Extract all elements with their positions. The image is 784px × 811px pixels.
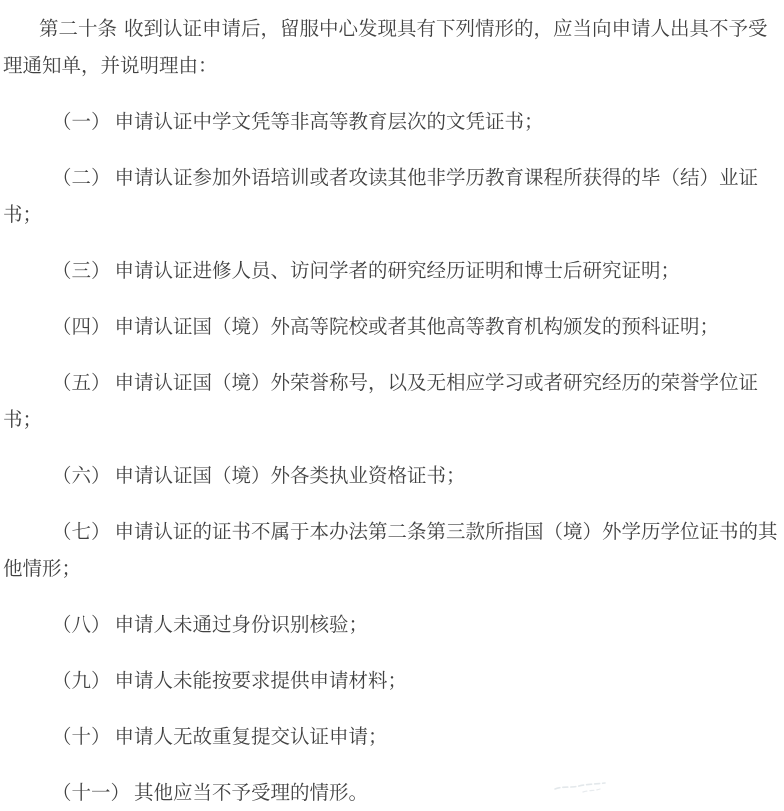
item-text: 申请认证国（境）外各类执业资格证书； [115,465,466,487]
article-number-label: 第二十条 [39,18,117,40]
item-marker: （五） [52,372,111,394]
article-paragraph: 第二十条收到认证申请后，留服中心发现具有下列情形的，应当向申请人出具不予受理通知… [3,11,778,85]
document-body: 第二十条收到认证申请后，留服中心发现具有下列情形的，应当向申请人出具不予受理通知… [0,0,784,811]
item-text: 申请认证中学文凭等非高等教育层次的文凭证书； [115,111,544,133]
item-marker: （一） [52,111,111,133]
list-item: （十）申请人无故重复提交认证申请； [3,719,778,756]
list-item: （十一）其他应当不予受理的情形。 [3,775,778,811]
list-item: （四）申请认证国（境）外高等院校或者其他高等教育机构颁发的预科证明； [3,309,778,346]
item-text: 申请认证国（境）外荣誉称号，以及无相应学习或者研究经历的荣誉学位证书； [3,372,758,431]
list-item: （三）申请认证进修人员、访问学者的研究经历证明和博士后研究证明； [3,253,778,290]
list-item: （八）申请人未通过身份识别核验； [3,607,778,644]
item-marker: （三） [52,260,111,282]
item-text: 申请认证国（境）外高等院校或者其他高等教育机构颁发的预科证明； [115,316,720,338]
item-text: 申请认证参加外语培训或者攻读其他非学历教育课程所获得的毕（结）业证书； [3,167,758,226]
item-text: 申请人无故重复提交认证申请； [115,726,388,748]
item-text: 申请人未通过身份识别核验； [115,614,369,636]
item-marker: （十） [52,726,111,748]
item-marker: （九） [52,670,111,692]
item-marker: （二） [52,167,111,189]
item-marker: （十一） [52,782,130,804]
item-marker: （八） [52,614,111,636]
item-text: 申请认证的证书不属于本办法第二条第三款所指国（境）外学历学位证书的其他情形； [3,521,778,580]
item-text: 其他应当不予受理的情形。 [134,782,368,804]
item-marker: （六） [52,465,111,487]
list-item: （一）申请认证中学文凭等非高等教育层次的文凭证书； [3,104,778,141]
item-marker: （七） [52,521,111,543]
item-marker: （四） [52,316,111,338]
list-item: （六）申请认证国（境）外各类执业资格证书； [3,458,778,495]
item-text: 申请人未能按要求提供申请材料； [115,670,408,692]
list-item: （九）申请人未能按要求提供申请材料； [3,663,778,700]
item-text: 申请认证进修人员、访问学者的研究经历证明和博士后研究证明； [115,260,681,282]
list-item: （五）申请认证国（境）外荣誉称号，以及无相应学习或者研究经历的荣誉学位证书； [3,365,778,439]
list-item: （七）申请认证的证书不属于本办法第二条第三款所指国（境）外学历学位证书的其他情形… [3,514,778,588]
list-item: （二）申请认证参加外语培训或者攻读其他非学历教育课程所获得的毕（结）业证书； [3,160,778,234]
article-text: 收到认证申请后，留服中心发现具有下列情形的，应当向申请人出具不予受理通知单，并说… [3,18,768,77]
